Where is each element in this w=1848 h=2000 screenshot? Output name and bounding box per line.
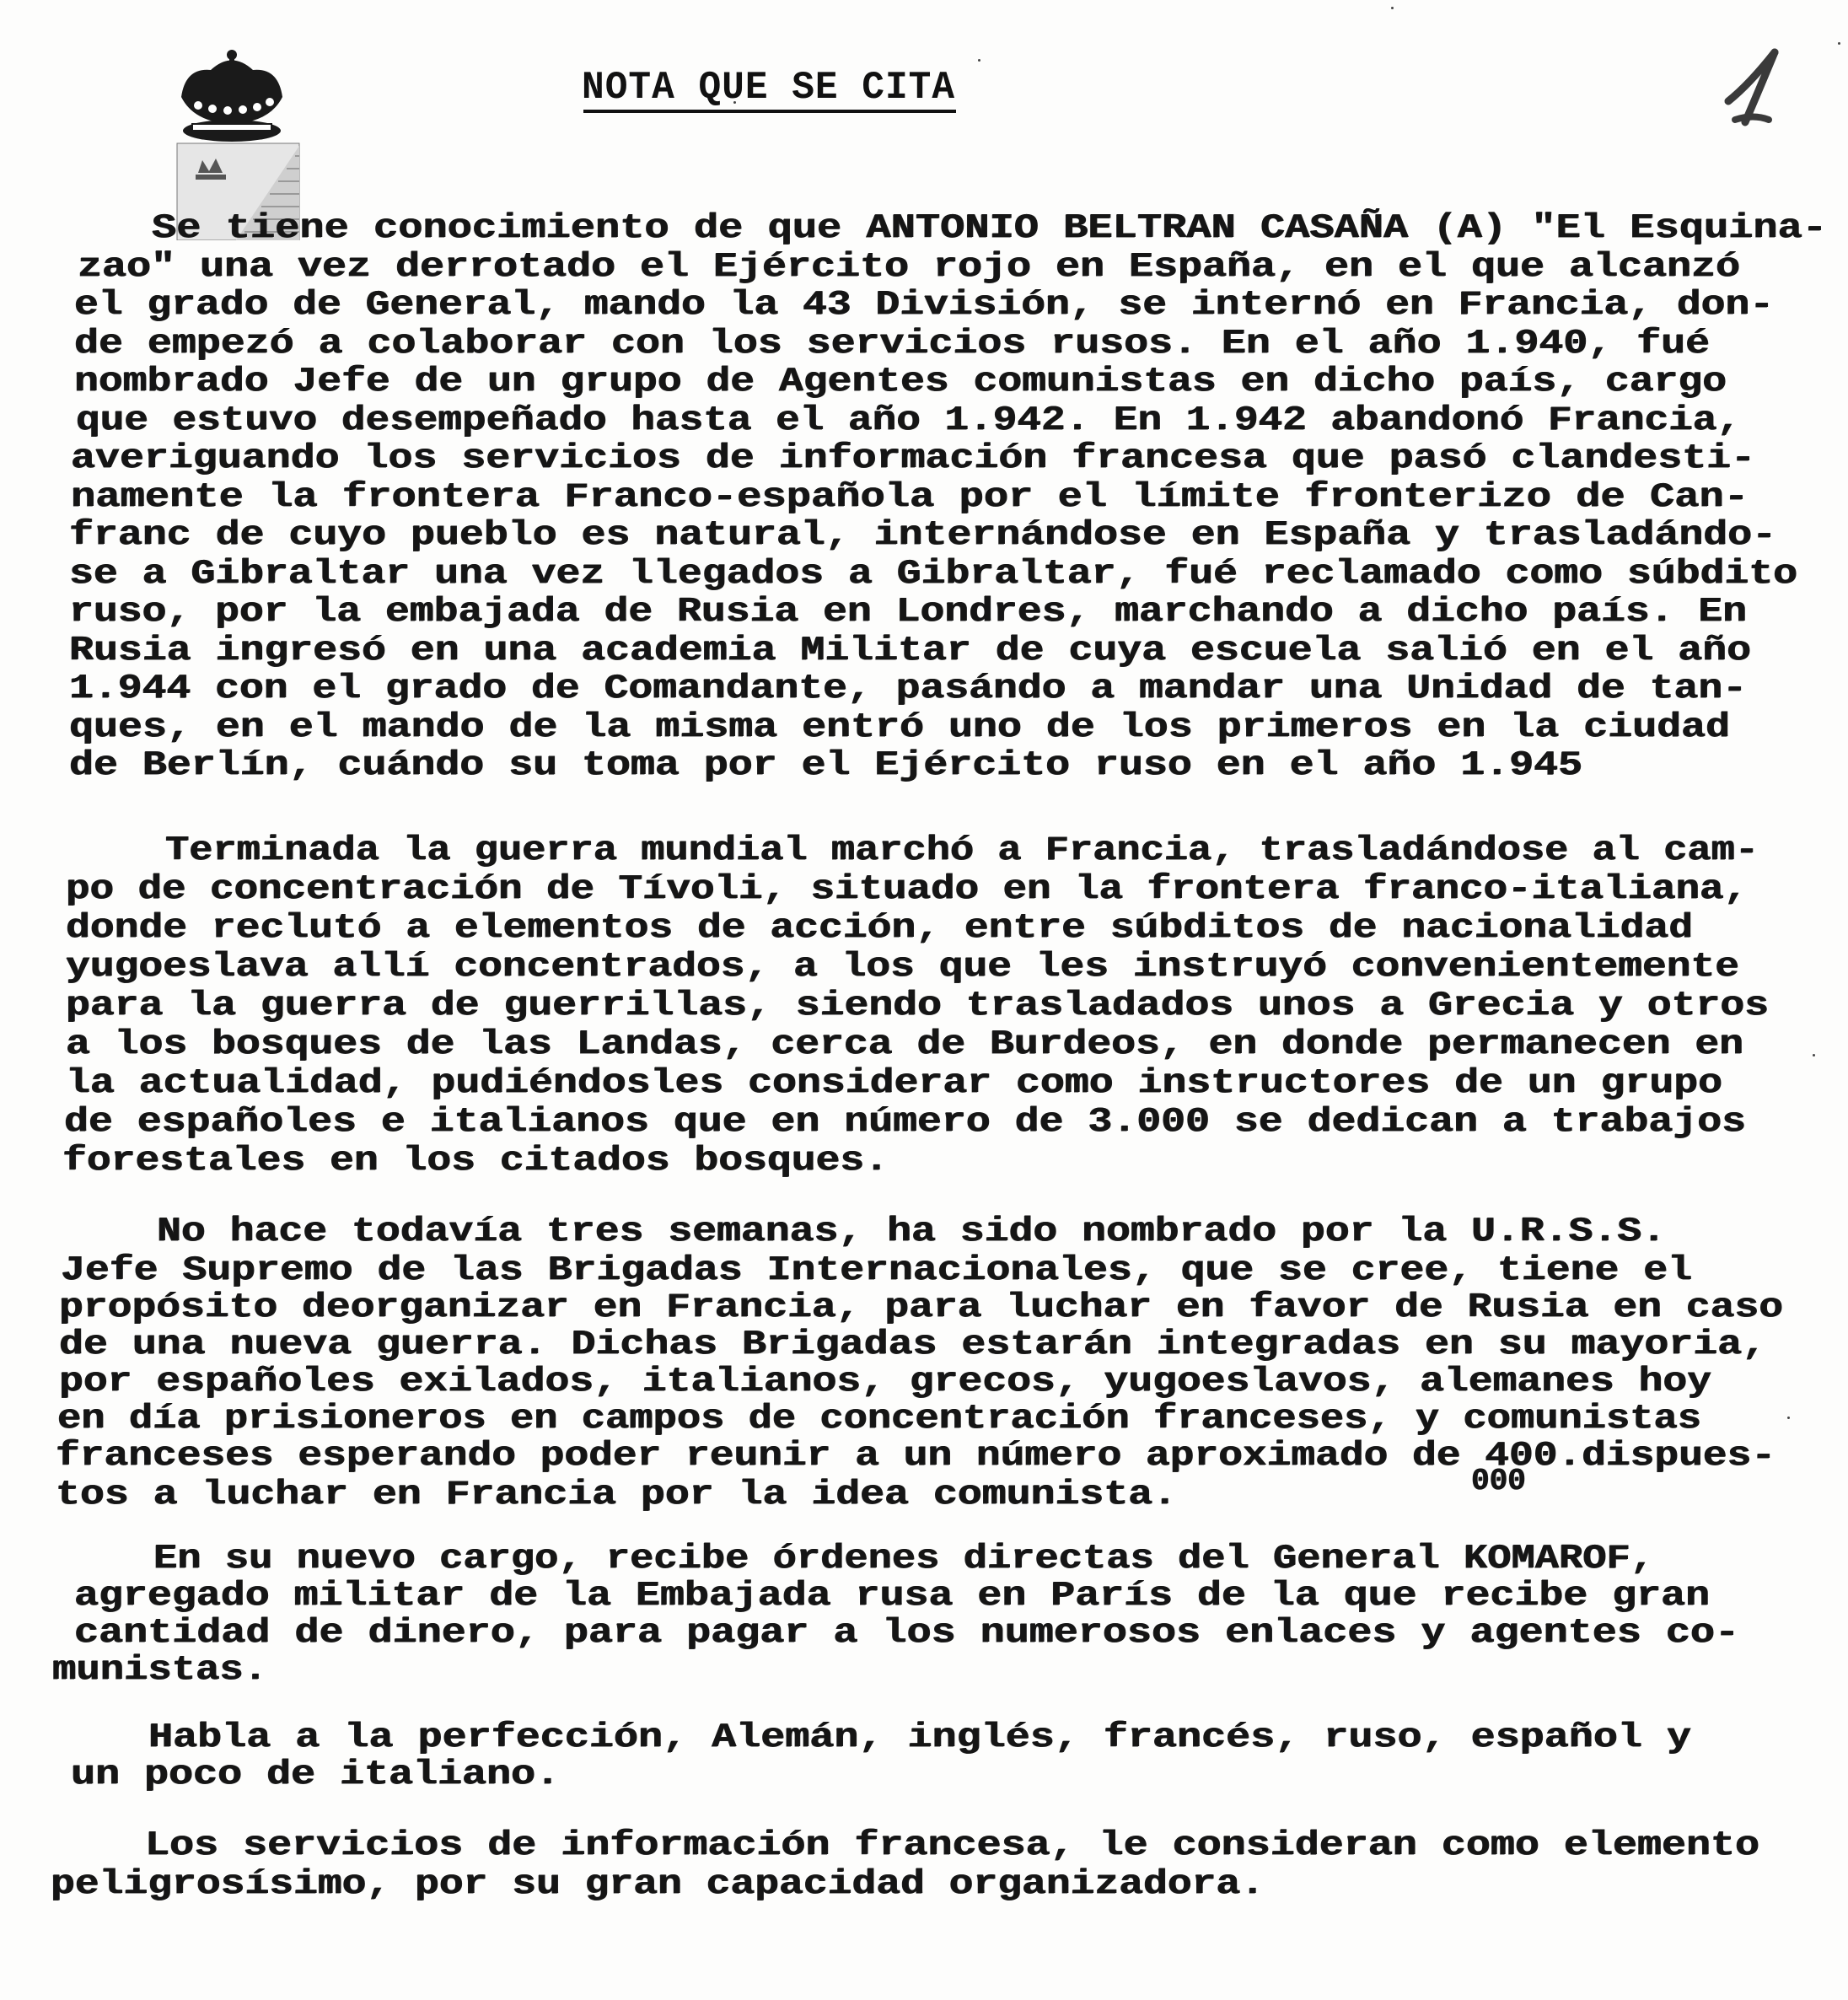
handwritten-page-number bbox=[1711, 42, 1787, 135]
overtype-correction: 000 bbox=[1471, 1462, 1526, 1501]
text-line: No hace todavía tres semanas, ha sido no… bbox=[157, 1212, 1666, 1251]
text-line: 1.944 con el grado de Comandante, pasánd… bbox=[69, 669, 1747, 708]
text-line: ruso, por la embajada de Rusia en Londre… bbox=[69, 593, 1747, 632]
text-line: donde reclutó a elementos de acción, ent… bbox=[66, 909, 1693, 948]
text-line: ques, en el mando de la misma entró uno … bbox=[69, 708, 1730, 747]
scan-speck bbox=[1787, 1417, 1790, 1419]
text-line: namente la frontera Franco-española por … bbox=[71, 478, 1749, 517]
text-line: En su nuevo cargo, recibe órdenes direct… bbox=[153, 1540, 1654, 1578]
text-line: propósito deorganizar en Francia, para l… bbox=[59, 1288, 1783, 1327]
title-underline bbox=[583, 110, 956, 113]
scan-speck bbox=[1838, 42, 1840, 45]
text-line: Rusia ingresó en una academia Militar de… bbox=[69, 632, 1751, 670]
text-line: que estuvo desempeñado hasta el año 1.94… bbox=[76, 401, 1741, 440]
text-line: de españoles e italianos que en número d… bbox=[64, 1103, 1746, 1142]
text-line: averiguando los servicios de información… bbox=[71, 439, 1755, 478]
text-line: forestales en los citados bosques. bbox=[62, 1142, 889, 1180]
text-line: Terminada la guerra mundial marchó a Fra… bbox=[165, 831, 1759, 870]
text-line: de empezó a colaborar con los servicios … bbox=[74, 325, 1710, 363]
text-line: para la guerra de guerrillas, siendo tra… bbox=[66, 987, 1769, 1025]
scan-speck bbox=[978, 59, 980, 62]
text-line: de Berlín, cuándo su toma por el Ejércit… bbox=[69, 746, 1582, 785]
text-line: Jefe Supremo de las Brigadas Internacion… bbox=[61, 1251, 1692, 1290]
text-line: en día prisioneros en campos de concentr… bbox=[57, 1400, 1701, 1438]
text-line: Habla a la perfección, Alemán, inglés, f… bbox=[148, 1718, 1691, 1757]
text-line: de una nueva guerra. Dichas Brigadas est… bbox=[59, 1325, 1766, 1364]
text-line: la actualidad, pudiéndosles considerar c… bbox=[66, 1064, 1722, 1103]
text-line: franc de cuyo pueblo es natural, interná… bbox=[69, 516, 1776, 555]
text-line: agregado militar de la Embajada rusa en … bbox=[74, 1577, 1710, 1616]
document-page: NOTA QUE SE CITA Se tiene conocimiento d… bbox=[0, 0, 1848, 2000]
text-line: po de concentración de Tívoli, situado e… bbox=[66, 870, 1748, 909]
scan-speck bbox=[733, 101, 736, 104]
text-line: un poco de italiano. bbox=[71, 1755, 560, 1794]
text-line: por españoles exilados, italianos, greco… bbox=[59, 1363, 1711, 1401]
text-line: yugoeslava allí concentrados, a los que … bbox=[66, 948, 1739, 987]
text-line: munistas. bbox=[52, 1651, 267, 1690]
text-line: cantidad de dinero, para pagar a los num… bbox=[74, 1614, 1739, 1653]
text-line: nombrado Jefe de un grupo de Agentes com… bbox=[74, 363, 1727, 401]
text-line: el grado de General, mando la 43 Divisió… bbox=[74, 286, 1774, 325]
text-line: Se tiene conocimiento de que ANTONIO BEL… bbox=[152, 209, 1827, 248]
text-line: zao" una vez derrotado el Ejército rojo … bbox=[78, 248, 1740, 287]
text-line: tos a luchar en Francia por la idea comu… bbox=[56, 1476, 1177, 1514]
text-line: a los bosques de las Landas, cerca de Bu… bbox=[66, 1025, 1743, 1064]
scan-speck bbox=[1813, 1054, 1815, 1056]
text-line: se a Gibraltar una vez llegados a Gibral… bbox=[69, 555, 1797, 594]
page-title: NOTA QUE SE CITA bbox=[582, 66, 955, 110]
text-line: peligrosísimo, por su gran capacidad org… bbox=[51, 1865, 1265, 1904]
text-line: Los servicios de información francesa, l… bbox=[145, 1826, 1759, 1865]
scan-speck bbox=[1391, 7, 1394, 9]
